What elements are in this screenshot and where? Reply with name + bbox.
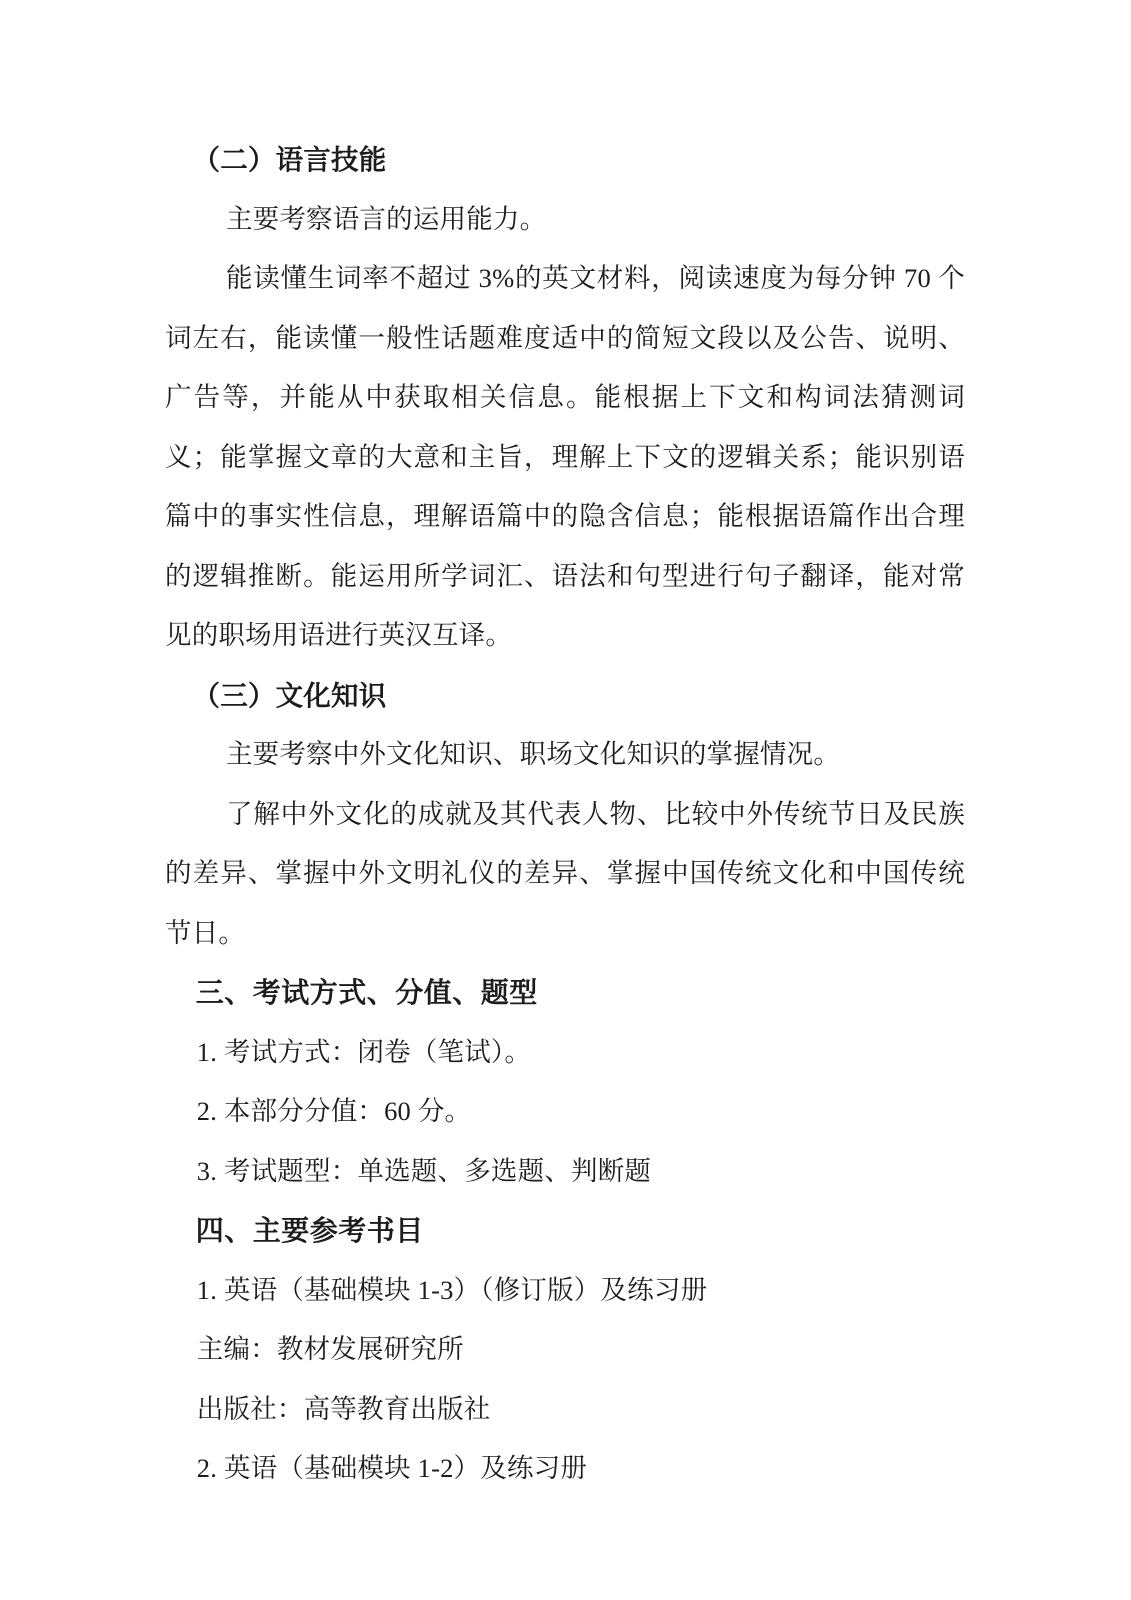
list-item: 2. 英语（基础模块 1-2）及练习册 xyxy=(165,1439,965,1499)
section-heading: （二）语言技能 xyxy=(165,130,965,190)
body-paragraph: 主要考察中外文化知识、职场文化知识的掌握情况。 xyxy=(165,725,965,785)
body-paragraph: 了解中外文化的成就及其代表人物、比较中外传统节日及民族的差异、掌握中外文明礼仪的… xyxy=(165,785,965,964)
list-item: 主编：教材发展研究所 xyxy=(165,1320,965,1380)
document-page: （二）语言技能主要考察语言的运用能力。能读懂生词率不超过 3%的英文材料，阅读速… xyxy=(0,0,1131,1600)
body-paragraph: 能读懂生词率不超过 3%的英文材料，阅读速度为每分钟 70 个词左右，能读懂一般… xyxy=(165,249,965,666)
list-item: 1. 英语（基础模块 1-3）（修订版）及练习册 xyxy=(165,1261,965,1321)
section-heading: 三、考试方式、分值、题型 xyxy=(165,963,965,1023)
section-heading: （三）文化知识 xyxy=(165,666,965,726)
document-body: （二）语言技能主要考察语言的运用能力。能读懂生词率不超过 3%的英文材料，阅读速… xyxy=(165,130,965,1499)
list-item: 2. 本部分分值：60 分。 xyxy=(165,1082,965,1142)
body-paragraph: 主要考察语言的运用能力。 xyxy=(165,190,965,250)
section-heading: 四、主要参考书目 xyxy=(165,1201,965,1261)
list-item: 1. 考试方式：闭卷（笔试）。 xyxy=(165,1023,965,1083)
list-item: 3. 考试题型：单选题、多选题、判断题 xyxy=(165,1142,965,1202)
list-item: 出版社：高等教育出版社 xyxy=(165,1380,965,1440)
